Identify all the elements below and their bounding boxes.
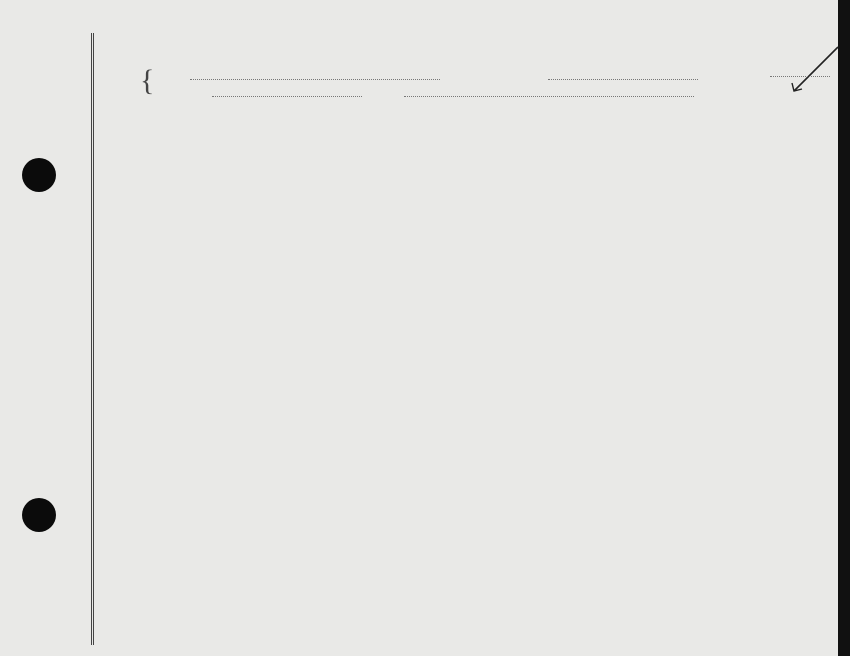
street-line [404, 96, 694, 97]
punch-hole-top [22, 158, 56, 192]
checkmark-arrow-icon [790, 45, 840, 95]
punch-hole-bottom [22, 498, 56, 532]
county-line [190, 79, 440, 80]
registered-no-line [770, 76, 830, 77]
city-line [212, 96, 362, 97]
form-frame [91, 33, 838, 645]
brace-icon: { [140, 66, 154, 96]
scan-right-edge [838, 0, 850, 656]
municipality-line [548, 79, 698, 80]
